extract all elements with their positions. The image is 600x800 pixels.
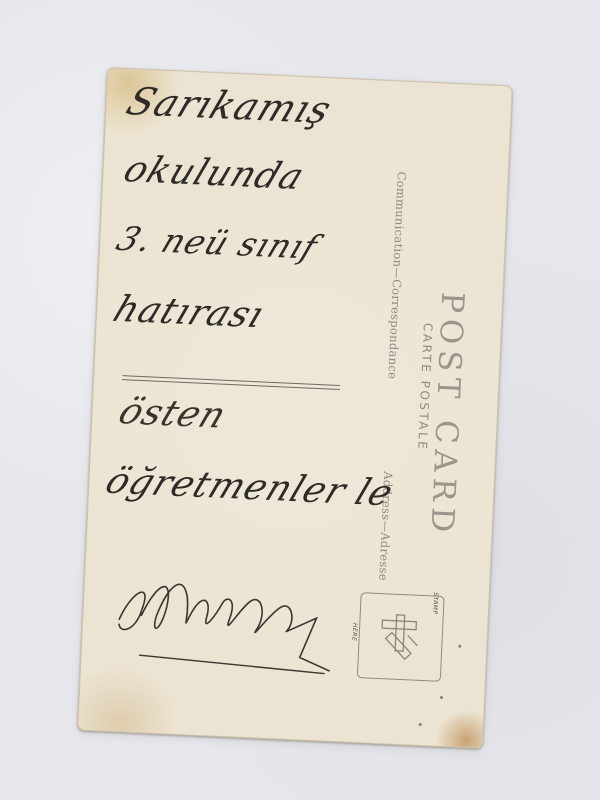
stamp-here-label: HERE <box>350 623 358 642</box>
handwriting-line-4: hatırası <box>108 289 270 336</box>
age-speck <box>419 723 422 726</box>
handwriting-line-3: 3. neü sınıf <box>111 219 323 266</box>
stamp-box: STAMP HERE <box>357 592 445 682</box>
communication-label: Communication—Correspondance <box>385 171 408 379</box>
stamp-logo-icon <box>358 593 444 681</box>
signature-scribble <box>109 569 353 680</box>
handwriting-line-5: östen <box>113 391 232 436</box>
postcard: POST CARD CARTE POSTALE Communication—Co… <box>77 67 513 749</box>
handwriting-line-2: okulunda <box>118 149 310 197</box>
handwriting-line-6: öğretmenler le <box>100 461 399 514</box>
age-speck <box>440 696 443 699</box>
handwriting-line-1: Sarıkamış <box>121 79 338 131</box>
age-speck <box>458 645 461 648</box>
